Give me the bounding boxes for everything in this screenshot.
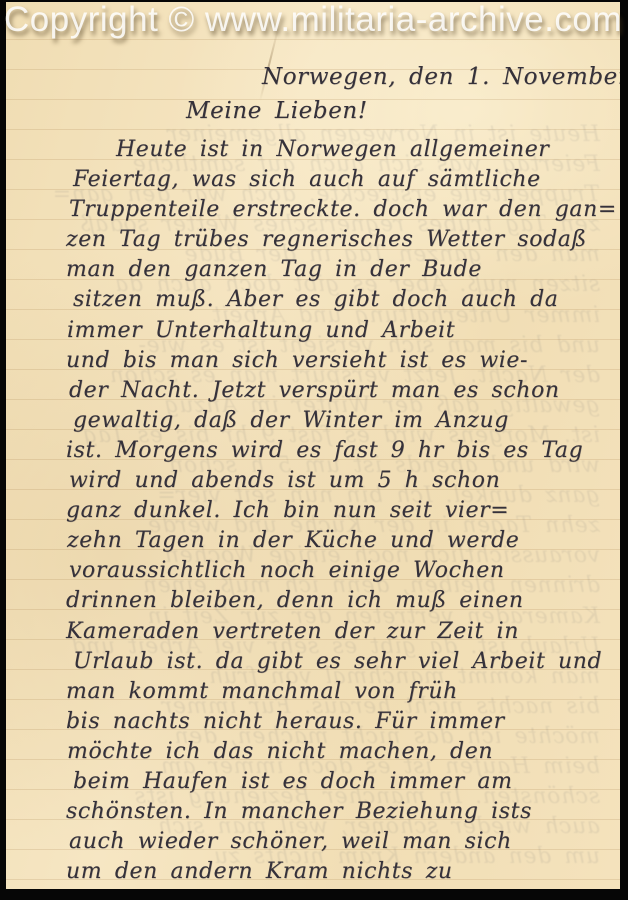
letter-line: gewaltig, daß der Winter im Anzug bbox=[73, 406, 614, 436]
letter-body: Norwegen, den 1. November 1940. Meine Li… bbox=[66, 60, 614, 887]
letter-line: Truppenteile erstreckte. doch war den ga… bbox=[69, 195, 614, 225]
letter-line: ist. Morgens wird es fast 9 hr bis es Ta… bbox=[66, 436, 614, 466]
letter-line: möchte ich das nicht machen, den bbox=[67, 737, 614, 767]
letter-line: Urlaub ist. da gibt es sehr viel Arbeit … bbox=[73, 647, 614, 677]
letter-line: sitzen muß. Aber es gibt doch auch da bbox=[73, 285, 614, 315]
letter-line: Heute ist in Norwegen allgemeiner bbox=[66, 135, 614, 165]
letter-line: und bis man sich versieht ist es wie- bbox=[66, 346, 614, 376]
letter-line: bis nachts nicht heraus. Für immer bbox=[66, 707, 614, 737]
date-line: Norwegen, den 1. November 1940. bbox=[262, 60, 614, 94]
copyright-watermark: Copyright © www.militaria-archive.com bbox=[4, 0, 628, 40]
letter-line: voraussichtlich noch einige Wochen bbox=[69, 556, 614, 586]
letter-line: immer Unterhaltung und Arbeit bbox=[67, 316, 614, 346]
letter-line: zehn Tagen in der Küche und werde bbox=[67, 526, 614, 556]
letter-line: beim Haufen ist es doch immer am bbox=[73, 767, 614, 797]
letter-line: man kommt manchmal von früh bbox=[66, 677, 614, 707]
letter-line: wird und abends ist um 5 h schon bbox=[69, 466, 614, 496]
letter-line: drinnen bleiben, denn ich muß einen bbox=[66, 586, 614, 616]
letter-line: der Nacht. Jetzt verspürt man es schon bbox=[69, 376, 614, 406]
letter-line: ganz dunkel. Ich bin nun seit vier= bbox=[66, 496, 614, 526]
letter-paper: Heute ist in Norwegen allgemeinerFeierta… bbox=[6, 2, 620, 889]
letter-line: auch wieder schöner, weil man sich bbox=[69, 827, 614, 857]
letter-line: man den ganzen Tag in der Bude bbox=[66, 255, 614, 285]
salutation: Meine Lieben! bbox=[186, 94, 614, 128]
letter-line: Kameraden vertreten der zur Zeit in bbox=[66, 617, 614, 647]
letter-line: zen Tag trübes regnerisches Wetter sodaß bbox=[66, 225, 614, 255]
scanned-letter-photo: Heute ist in Norwegen allgemeinerFeierta… bbox=[0, 0, 628, 900]
letter-line: schönsten. In mancher Beziehung ists bbox=[66, 797, 614, 827]
letter-line: Feiertag, was sich auch auf sämtliche bbox=[73, 165, 614, 195]
letter-lines: Heute ist in Norwegen allgemeinerFeierta… bbox=[66, 135, 614, 887]
letter-line: um den andern Kram nichts zu bbox=[66, 857, 614, 887]
